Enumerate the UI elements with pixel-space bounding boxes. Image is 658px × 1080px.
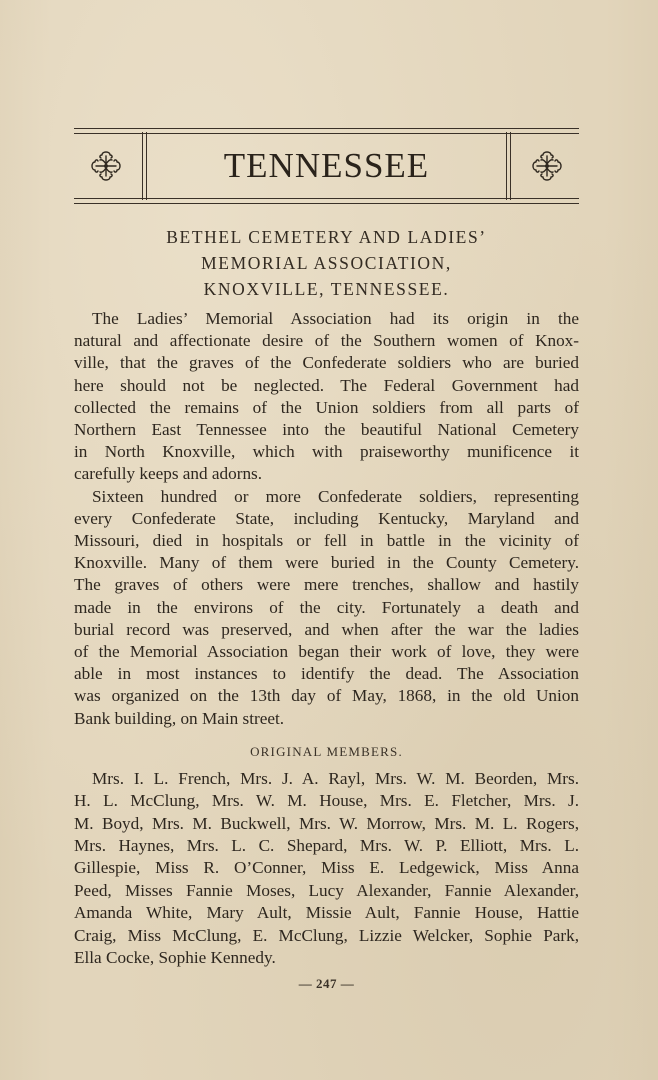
text-line: ville, that the graves of the Confederat… bbox=[74, 352, 579, 374]
members-line: Ella Cocke, Sophie Kennedy. bbox=[74, 947, 579, 969]
text-line: here should not be neglected. The Federa… bbox=[74, 375, 579, 397]
text-line: able in most instances to identify the d… bbox=[74, 663, 579, 685]
page-number: — 247 — bbox=[74, 976, 579, 992]
state-title: TENNESSEE bbox=[148, 142, 505, 190]
text-line: Sixteen hundred or more Confederate sold… bbox=[74, 486, 579, 508]
text-line: Knoxville. Many of them were buried in t… bbox=[74, 552, 579, 574]
text-line: every Confederate State, including Kentu… bbox=[74, 508, 579, 530]
members-list: Mrs. I. L. French, Mrs. J. A. Rayl, Mrs.… bbox=[74, 768, 579, 970]
text-line: The Ladies’ Memorial Association had its… bbox=[74, 308, 579, 330]
heading-line: KNOXVILLE, TENNESSEE. bbox=[74, 276, 579, 302]
heading-line: MEMORIAL ASSOCIATION, bbox=[74, 250, 579, 276]
text-line: of the Memorial Association began their … bbox=[74, 641, 579, 663]
text-line: Missouri, died in hospitals or fell in b… bbox=[74, 530, 579, 552]
text-line: collected the remains of the Union soldi… bbox=[74, 397, 579, 419]
banner-right-divider bbox=[506, 132, 511, 200]
article-heading: BETHEL CEMETERY AND LADIES’ MEMORIAL ASS… bbox=[74, 224, 579, 302]
paragraph-history: Sixteen hundred or more Confederate sold… bbox=[74, 486, 579, 730]
members-line: Amanda White, Mary Ault, Missie Ault, Fa… bbox=[74, 902, 579, 924]
members-section-title: ORIGINAL MEMBERS. bbox=[74, 744, 579, 760]
banner-left-divider bbox=[142, 132, 147, 200]
members-line: M. Boyd, Mrs. M. Buckwell, Mrs. W. Morro… bbox=[74, 813, 579, 835]
members-line: Gillespie, Miss R. O’Conner, Miss E. Led… bbox=[74, 857, 579, 879]
text-line: in North Knoxville, which with praisewor… bbox=[74, 441, 579, 463]
text-line: burial record was preserved, and when af… bbox=[74, 619, 579, 641]
members-line: Peed, Misses Fannie Moses, Lucy Alexande… bbox=[74, 880, 579, 902]
text-line: carefully keeps and adorns. bbox=[74, 463, 579, 485]
members-line: Mrs. I. L. French, Mrs. J. A. Rayl, Mrs.… bbox=[74, 768, 579, 790]
members-line: H. L. McClung, Mrs. W. M. House, Mrs. E.… bbox=[74, 790, 579, 812]
text-line: made in the environs of the city. Fortun… bbox=[74, 597, 579, 619]
book-page: TENNESSEE BETHEL CEMETERY AND LADIES’ ME… bbox=[74, 128, 579, 992]
fleur-cross-ornament-icon bbox=[527, 146, 567, 186]
article-body: The Ladies’ Memorial Association had its… bbox=[74, 308, 579, 730]
text-line: Northern East Tennessee into the beautif… bbox=[74, 419, 579, 441]
heading-line: BETHEL CEMETERY AND LADIES’ bbox=[74, 224, 579, 250]
paragraph-origin: The Ladies’ Memorial Association had its… bbox=[74, 308, 579, 486]
banner-top-rule bbox=[74, 128, 579, 134]
text-line: The graves of others were mere trenches,… bbox=[74, 574, 579, 596]
text-line: was organized on the 13th day of May, 18… bbox=[74, 685, 579, 707]
fleur-cross-ornament-icon bbox=[86, 146, 126, 186]
text-line: natural and affectionate desire of the S… bbox=[74, 330, 579, 352]
members-line: Mrs. Haynes, Mrs. L. C. Shepard, Mrs. W.… bbox=[74, 835, 579, 857]
state-banner: TENNESSEE bbox=[74, 128, 579, 204]
members-line: Craig, Miss McClung, E. McClung, Lizzie … bbox=[74, 925, 579, 947]
text-line: Bank building, on Main street. bbox=[74, 708, 579, 730]
banner-bottom-rule bbox=[74, 198, 579, 204]
